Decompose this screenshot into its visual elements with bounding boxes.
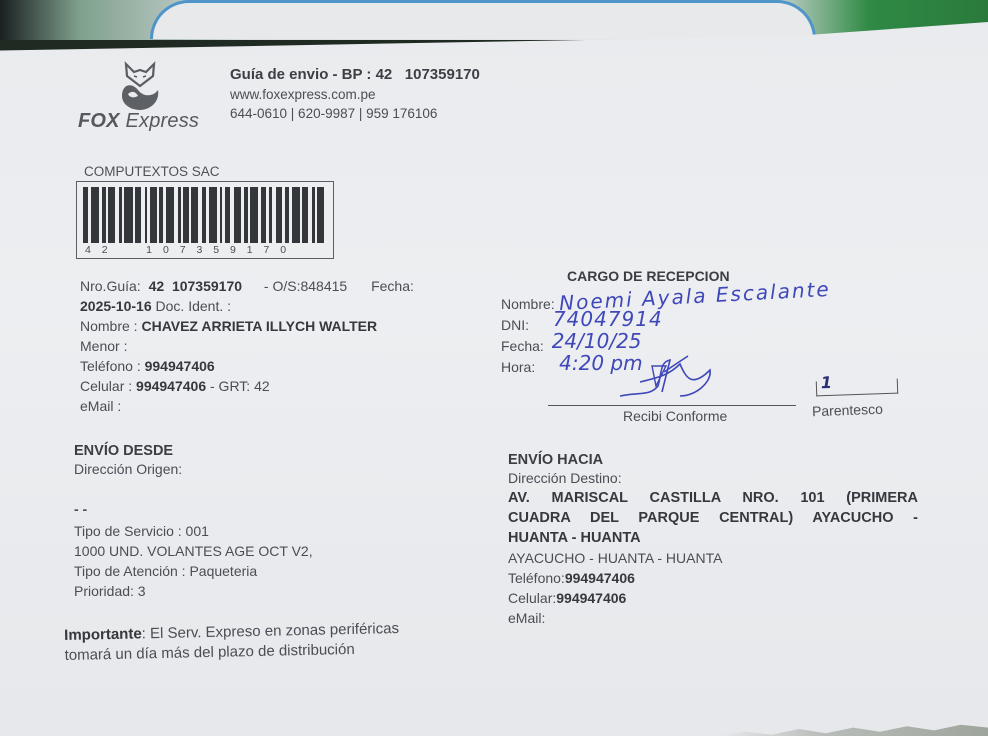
nombre-value: CHAVEZ ARRIETA ILLYCH WALTER [141, 318, 377, 334]
cargo-title: CARGO DE RECEPCION [567, 268, 730, 284]
service-type: Tipo de Servicio : 001 [74, 521, 313, 541]
destination-address: AV. MARISCAL CASTILLA NRO. 101 (PRIMERA … [508, 488, 918, 548]
website: www.foxexpress.com.pe [230, 87, 376, 102]
os-number: - O/S:848415 [264, 278, 347, 294]
guide-info: Nro.Guía: 42 107359170 - O/S:848415 Fech… [80, 276, 414, 416]
fecha-value: 2025-10-16 [80, 298, 152, 314]
barcode-bar [276, 187, 283, 243]
signature-icon [600, 352, 720, 413]
barcode-bar [317, 187, 324, 243]
barcode-bar [124, 187, 132, 243]
barcode-bar [191, 187, 198, 243]
doc-ident-label: Doc. Ident. : [156, 298, 231, 314]
barcode-digits: 4 2 1 0 7 3 5 9 1 7 0 [85, 244, 327, 256]
destination-section: ENVÍO HACIA Dirección Destino: AV. MARIS… [508, 452, 918, 628]
background-container [150, 0, 816, 39]
barcode-bars [83, 187, 327, 243]
sender-company: COMPUTEXTOS SAC [84, 164, 220, 179]
guide-number-row: Nro.Guía: 42 107359170 - O/S:848415 Fech… [80, 276, 414, 296]
barcode-bar [234, 187, 241, 243]
destination-address-label: Dirección Destino: [508, 468, 918, 488]
fecha-label: Fecha: [371, 278, 414, 294]
celular-value: 994947406 [136, 378, 206, 394]
cargo-fecha-label: Fecha: [501, 338, 544, 354]
notice-label: Importante [64, 625, 142, 644]
cargo-dni-label: DNI: [501, 317, 529, 333]
barcode-bar [292, 187, 300, 243]
email-row: eMail : [80, 396, 414, 416]
barcode: 4 2 1 0 7 3 5 9 1 7 0 [76, 181, 334, 259]
barcode-bar [250, 187, 258, 243]
date-row: 2025-10-16 Doc. Ident. : [80, 296, 414, 316]
destination-cell-row: Celular:994947406 [508, 588, 918, 608]
barcode-bar [91, 187, 99, 243]
origin-section: ENVÍO DESDE Dirección Origen: - - Tipo d… [74, 443, 313, 601]
recibi-conforme-label: Recibi Conforme [623, 406, 727, 426]
barcode-bar [324, 187, 327, 243]
barcode-bar [150, 187, 157, 243]
origin-address-value: - - [74, 499, 313, 519]
telefono-label: Teléfono : [80, 358, 141, 374]
destination-email-row: eMail: [508, 608, 918, 628]
destination-heading: ENVÍO HACIA [508, 452, 918, 468]
handwritten-dni: 74047914 [553, 307, 663, 331]
attention-type: Tipo de Atención : Paqueteria [74, 561, 313, 581]
celular-label: Celular : [80, 378, 132, 394]
handwritten-date: 24/10/25 [552, 329, 642, 353]
brand-bold: FOX [78, 110, 120, 132]
cargo-hora-label: Hora: [501, 359, 535, 375]
destination-cell-label: Celular: [508, 590, 556, 606]
brand-logo-text: FOX Express [78, 110, 199, 133]
destination-ubigeo: AYACUCHO - HUANTA - HUANTA [508, 548, 918, 568]
phone-row: Teléfono : 994947406 [80, 356, 414, 376]
nro-label: Nro.Guía: [80, 278, 141, 294]
phone-numbers: 644-0610 | 620-9987 | 959 176106 [230, 106, 437, 121]
nombre-label: Nombre : [80, 318, 138, 334]
address-line: HUANTA - HUANTA [508, 528, 918, 548]
telefono-value: 994947406 [145, 358, 215, 374]
name-row: Nombre : CHAVEZ ARRIETA ILLYCH WALTER [80, 316, 414, 336]
important-notice: Importante: El Serv. Expreso en zonas pe… [64, 619, 400, 666]
destination-phone-value: 994947406 [565, 570, 635, 586]
parentesco-label: Parentesco [812, 399, 883, 421]
cell-row: Celular : 994947406 - GRT: 42 [80, 376, 414, 396]
guide-title: Guía de envio - BP : 42 107359170 [230, 66, 480, 83]
brand-rest: Express [120, 110, 199, 132]
priority: Prioridad: 3 [74, 581, 313, 601]
parentesco-box: 1 [816, 379, 898, 397]
barcode-bar [209, 187, 217, 243]
cargo-nombre-label: Nombre: [501, 296, 555, 312]
address-line: CUADRA DEL PARQUE CENTRAL) AYACUCHO - [508, 508, 918, 528]
cargo-dni-row: DNI: 74047914 [501, 313, 830, 334]
fox-icon [118, 60, 162, 112]
destination-phone-row: Teléfono:994947406 [508, 568, 918, 588]
cargo-nombre-row: Nombre: Noemi Ayala Escalante [501, 292, 830, 313]
barcode-bar [108, 187, 115, 243]
barcode-bar [166, 187, 174, 243]
menor-row: Menor : [80, 336, 414, 356]
origin-address-label: Dirección Origen: [74, 459, 313, 479]
origin-heading: ENVÍO DESDE [74, 443, 313, 459]
nro-value: 42 107359170 [149, 278, 242, 294]
destination-phone-label: Teléfono: [508, 570, 565, 586]
package-content: 1000 UND. VOLANTES AGE OCT V2, [74, 541, 313, 561]
notice-text: : El Serv. Expreso en zonas periféricas [142, 620, 400, 642]
destination-cell-value: 994947406 [556, 590, 626, 606]
address-line: AV. MARISCAL CASTILLA NRO. 101 (PRIMERA [508, 488, 918, 508]
grt: - GRT: 42 [210, 378, 270, 394]
handwritten-parentesco: 1 [820, 373, 832, 392]
